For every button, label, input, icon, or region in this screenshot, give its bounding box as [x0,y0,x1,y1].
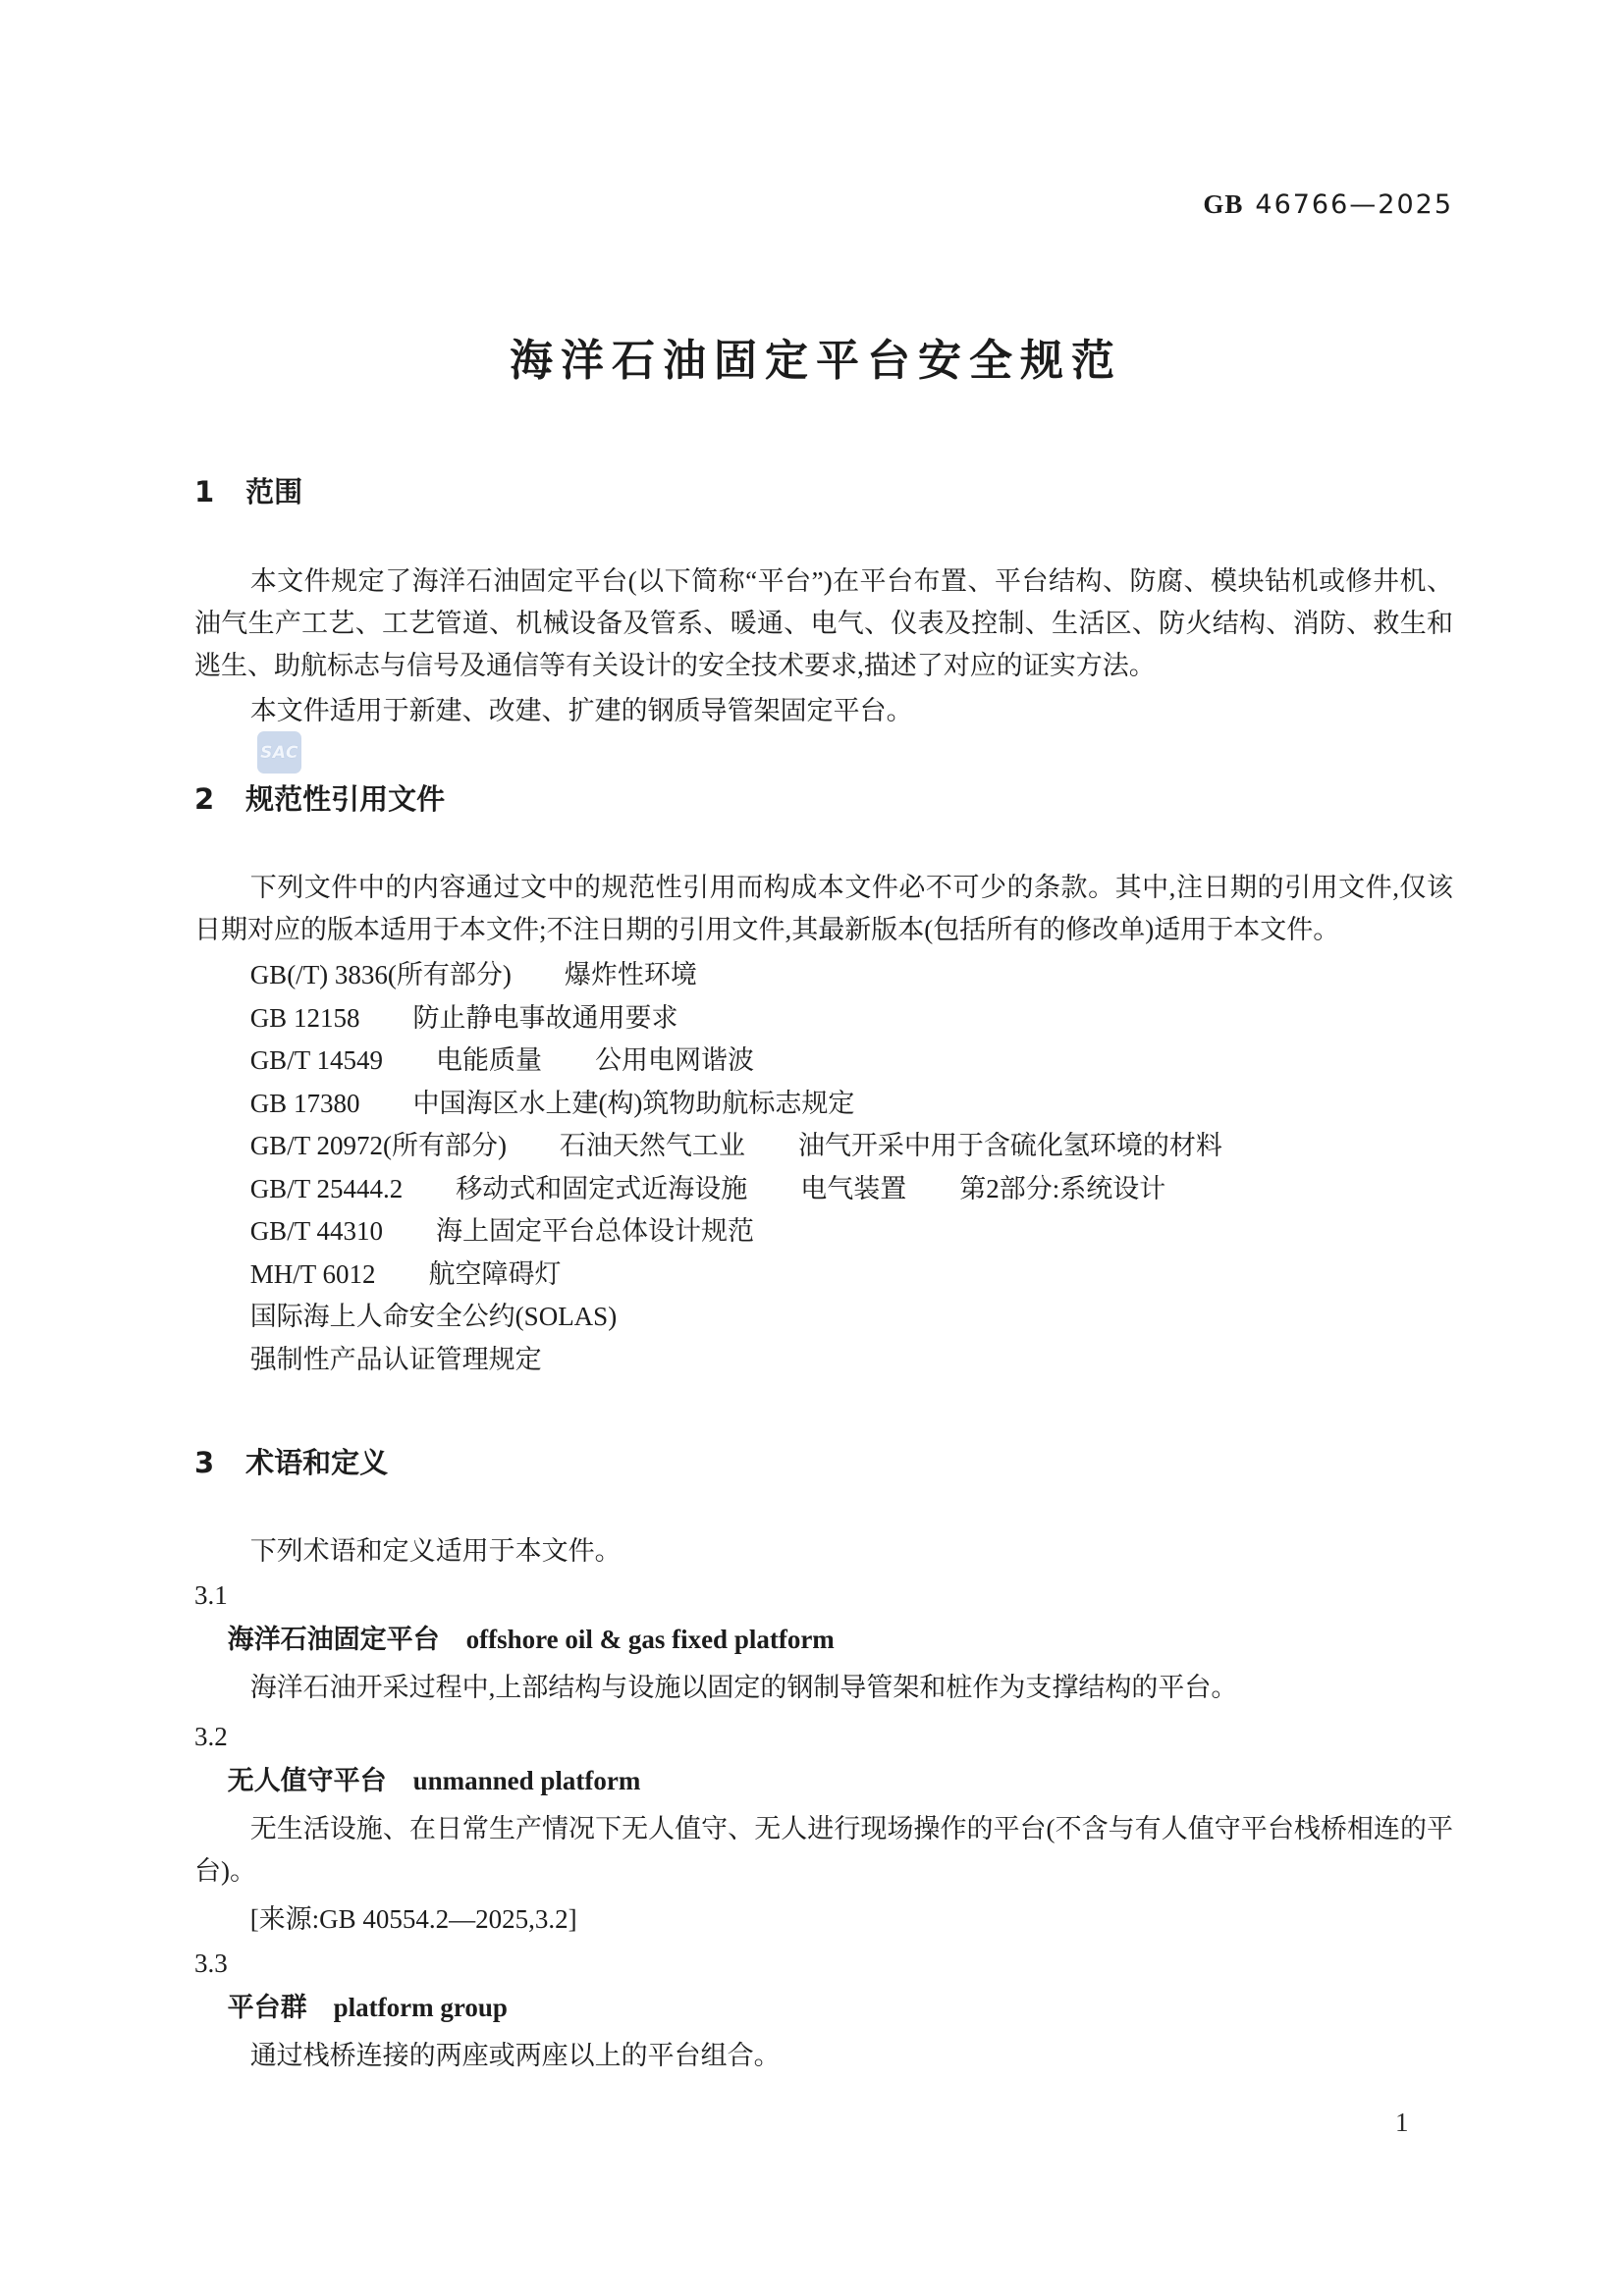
term-source: [来源:GB 40554.2—2025,3.2] [194,1898,1453,1941]
term-number: 3.1 [194,1575,1453,1617]
document-page: GB46766—2025 海洋石油固定平台安全规范 1范围 本文件规定了海洋石油… [0,0,1624,2296]
reference-item: 国际海上人命安全公约(SOLAS) [194,1296,1453,1339]
references-intro-paragraph: 下列文件中的内容通过文中的规范性引用而构成本文件必不可少的条款。其中,注日期的引… [194,867,1453,951]
term-title: 平台群platform group [194,1987,1453,2033]
term-title-en: offshore oil & gas fixed platform [466,1625,835,1654]
section-1-title: 范围 [245,475,302,508]
term-number: 3.3 [194,1943,1453,1985]
term-definition: 通过栈桥连接的两座或两座以上的平台组合。 [194,2035,1453,2077]
term-title-zh: 平台群 [228,1993,307,2023]
reference-item: GB 17380 中国海区水上建(构)筑物助航标志规定 [194,1083,1453,1126]
scope-paragraph-2: 本文件适用于新建、改建、扩建的钢质导管架固定平台。 [194,690,1453,732]
section-2-title: 规范性引用文件 [245,782,445,816]
section-2-heading: 2规范性引用文件 [194,778,1453,821]
term-number: 3.2 [194,1716,1453,1758]
reference-item: GB/T 25444.2 移动式和固定式近海设施 电气装置 第2部分:系统设计 [194,1168,1453,1211]
reference-item: 强制性产品认证管理规定 [194,1339,1453,1382]
term-definition: 海洋石油开采过程中,上部结构与设施以固定的钢制导管架和桩作为支撑结构的平台。 [194,1667,1453,1709]
term-title: 无人值守平台unmanned platform [194,1760,1453,1806]
scope-paragraph-1: 本文件规定了海洋石油固定平台(以下简称“平台”)在平台布置、平台结构、防腐、模块… [194,561,1453,687]
section-3-heading: 3术语和定义 [194,1442,1453,1484]
doc-title: 海洋石油固定平台安全规范 [0,332,1624,391]
section-3-number: 3 [194,1446,214,1479]
term-title-zh: 海洋石油固定平台 [228,1625,440,1655]
section-3-title: 术语和定义 [245,1446,388,1479]
doc-code-prefix: GB [1203,189,1243,219]
reference-item: MH/T 6012 航空障碍灯 [194,1254,1453,1297]
terms-intro-paragraph: 下列术语和定义适用于本文件。 [194,1530,1453,1573]
term-title-en: platform group [334,1993,508,2022]
reference-item: GB(/T) 3836(所有部分) 爆炸性环境 [194,954,1453,997]
references-list: GB(/T) 3836(所有部分) 爆炸性环境 GB 12158 防止静电事故通… [0,954,1624,1381]
reference-item: GB/T 44310 海上固定平台总体设计规范 [194,1210,1453,1254]
term-title-en: unmanned platform [413,1766,641,1795]
reference-item: GB/T 20972(所有部分) 石油天然气工业 油气开采中用于含硫化氢环境的材… [194,1125,1453,1168]
reference-item: GB/T 14549 电能质量 公用电网谐波 [194,1040,1453,1083]
reference-item: GB 12158 防止静电事故通用要求 [194,997,1453,1041]
term-definition: 无生活设施、在日常生产情况下无人值守、无人进行现场操作的平台(不含与有人值守平台… [194,1808,1453,1893]
section-1-number: 1 [194,475,214,508]
sac-watermark-logo: SAC [257,731,301,774]
section-1-heading: 1范围 [194,471,1453,513]
page-number: 1 [1395,2108,1409,2137]
doc-code-number: 46766—2025 [1255,189,1453,220]
term-title: 海洋石油固定平台offshore oil & gas fixed platfor… [194,1619,1453,1665]
term-title-zh: 无人值守平台 [228,1766,387,1796]
doc-code: GB46766—2025 [0,189,1453,220]
sac-watermark-text: SAC [260,743,298,763]
section-2-number: 2 [194,782,214,816]
